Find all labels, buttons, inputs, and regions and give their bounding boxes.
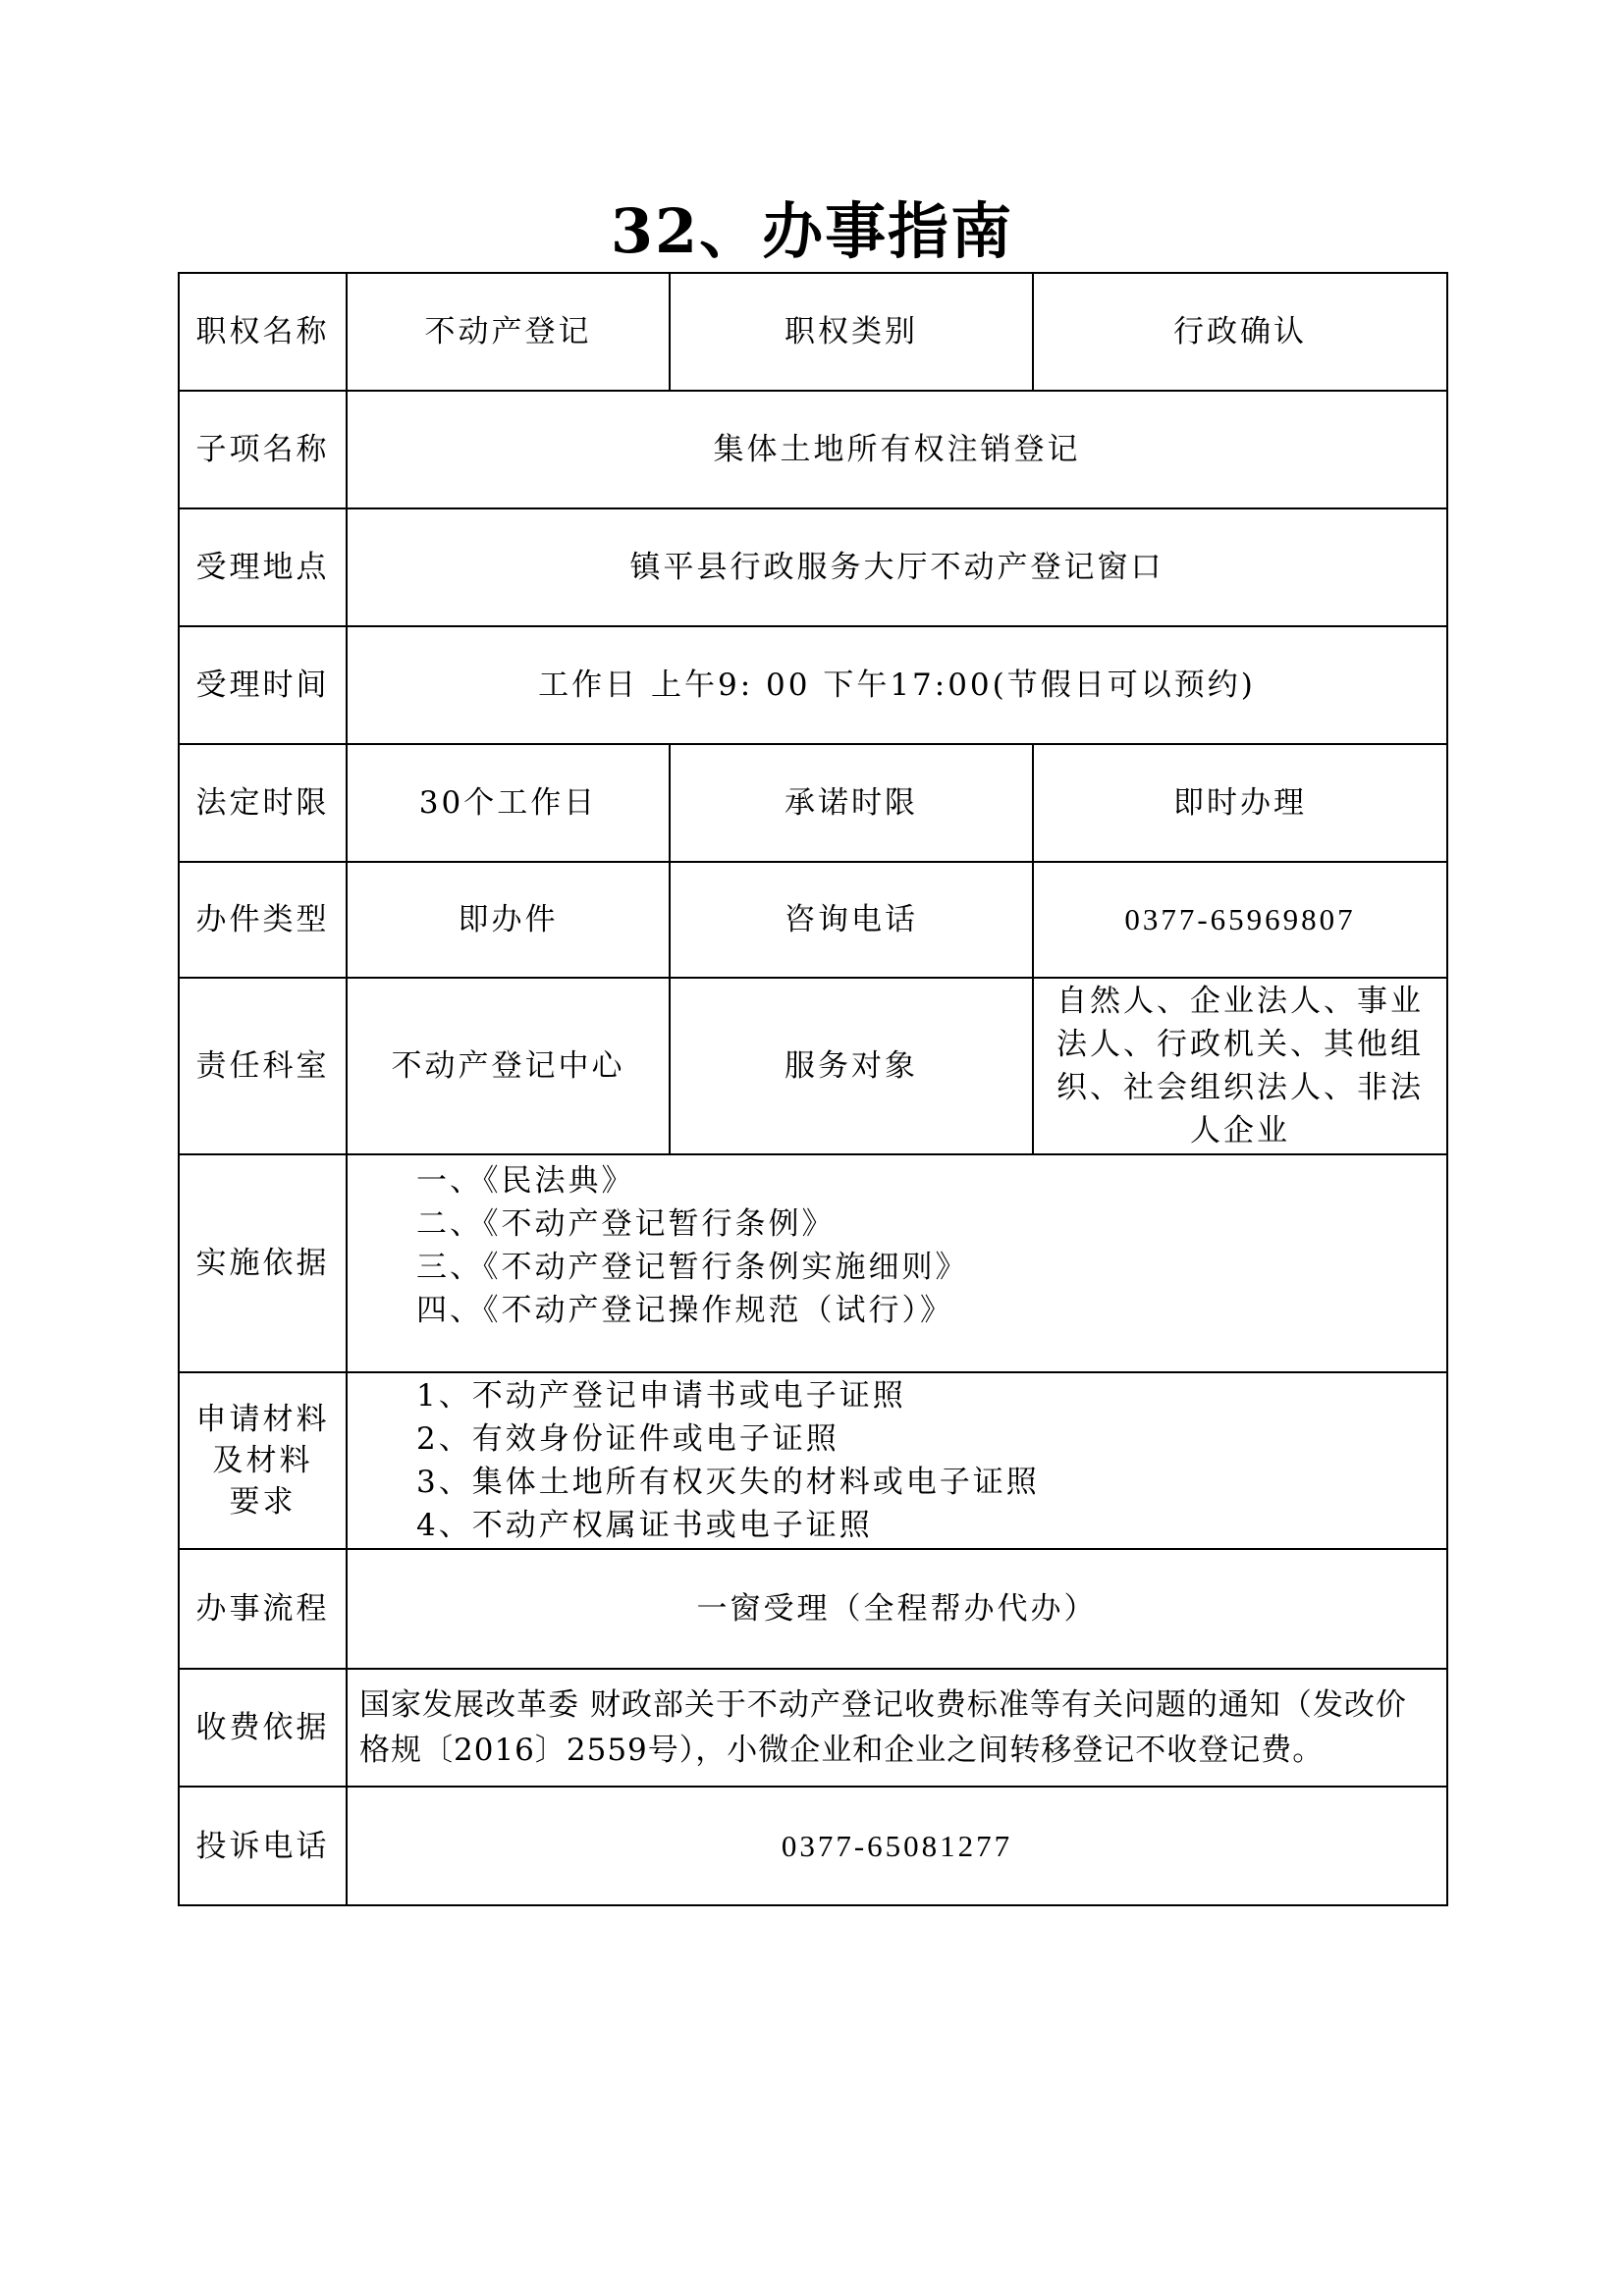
basis-item: 四、《不动产登记操作规范（试行）》 xyxy=(416,1289,1440,1332)
row-process: 办事流程 一窗受理（全程帮办代办） xyxy=(179,1549,1447,1669)
value-case-type: 即办件 xyxy=(347,862,670,978)
row-complaint: 投诉电话 0377-65081277 xyxy=(179,1787,1447,1905)
service-guide-table: 职权名称 不动产登记 职权类别 行政确认 子项名称 集体土地所有权注销登记 受理… xyxy=(178,272,1448,1906)
label-case-type: 办件类型 xyxy=(179,862,347,978)
label-sub-item: 子项名称 xyxy=(179,391,347,508)
row-time-limit: 法定时限 30个工作日 承诺时限 即时办理 xyxy=(179,744,1447,862)
row-department: 责任科室 不动产登记中心 服务对象 自然人、企业法人、事业法人、行政机关、其他组… xyxy=(179,978,1447,1154)
label-consult-phone: 咨询电话 xyxy=(670,862,1033,978)
material-item: 3、集体土地所有权灭失的材料或电子证照 xyxy=(416,1461,1440,1504)
label-complaint-phone: 投诉电话 xyxy=(179,1787,347,1905)
label-line: 及材料 xyxy=(186,1440,340,1481)
label-line: 要求 xyxy=(186,1481,340,1522)
value-location: 镇平县行政服务大厅不动产登记窗口 xyxy=(347,508,1447,626)
label-process: 办事流程 xyxy=(179,1549,347,1669)
basis-item: 一、《民法典》 xyxy=(416,1159,1440,1202)
row-materials: 申请材料 及材料 要求 1、不动产登记申请书或电子证照 2、有效身份证件或电子证… xyxy=(179,1372,1447,1549)
label-basis: 实施依据 xyxy=(179,1154,347,1372)
value-authority-category: 行政确认 xyxy=(1033,273,1447,391)
value-complaint-phone: 0377-65081277 xyxy=(347,1787,1447,1905)
row-fee-basis: 收费依据 国家发展改革委 财政部关于不动产登记收费标准等有关问题的通知（发改价格… xyxy=(179,1669,1447,1787)
basis-list: 一、《民法典》 二、《不动产登记暂行条例》 三、《不动产登记暂行条例实施细则》 … xyxy=(347,1154,1447,1372)
material-item: 4、不动产权属证书或电子证照 xyxy=(416,1504,1440,1547)
value-authority-name: 不动产登记 xyxy=(347,273,670,391)
label-location: 受理地点 xyxy=(179,508,347,626)
value-promised-time-limit: 即时办理 xyxy=(1033,744,1447,862)
value-fee-basis: 国家发展改革委 财政部关于不动产登记收费标准等有关问题的通知（发改价格规〔201… xyxy=(347,1669,1447,1787)
label-service-target: 服务对象 xyxy=(670,978,1033,1154)
label-department: 责任科室 xyxy=(179,978,347,1154)
page-title: 32、办事指南 xyxy=(0,192,1624,271)
basis-item: 二、《不动产登记暂行条例》 xyxy=(416,1202,1440,1246)
label-materials: 申请材料 及材料 要求 xyxy=(179,1372,347,1549)
label-line: 申请材料 xyxy=(186,1399,340,1440)
material-item: 2、有效身份证件或电子证照 xyxy=(416,1417,1440,1461)
value-department: 不动产登记中心 xyxy=(347,978,670,1154)
row-case-type: 办件类型 即办件 咨询电话 0377-65969807 xyxy=(179,862,1447,978)
label-fee-basis: 收费依据 xyxy=(179,1669,347,1787)
value-consult-phone: 0377-65969807 xyxy=(1033,862,1447,978)
materials-list: 1、不动产登记申请书或电子证照 2、有效身份证件或电子证照 3、集体土地所有权灭… xyxy=(347,1372,1447,1549)
value-legal-time-limit: 30个工作日 xyxy=(347,744,670,862)
label-authority-category: 职权类别 xyxy=(670,273,1033,391)
basis-item: 三、《不动产登记暂行条例实施细则》 xyxy=(416,1246,1440,1289)
value-process: 一窗受理（全程帮办代办） xyxy=(347,1549,1447,1669)
value-sub-item: 集体土地所有权注销登记 xyxy=(347,391,1447,508)
value-hours: 工作日 上午9: 00 下午17:00(节假日可以预约) xyxy=(347,626,1447,744)
label-promised-time-limit: 承诺时限 xyxy=(670,744,1033,862)
row-basis: 实施依据 一、《民法典》 二、《不动产登记暂行条例》 三、《不动产登记暂行条例实… xyxy=(179,1154,1447,1372)
row-hours: 受理时间 工作日 上午9: 00 下午17:00(节假日可以预约) xyxy=(179,626,1447,744)
row-sub-item: 子项名称 集体土地所有权注销登记 xyxy=(179,391,1447,508)
label-hours: 受理时间 xyxy=(179,626,347,744)
label-legal-time-limit: 法定时限 xyxy=(179,744,347,862)
value-service-target: 自然人、企业法人、事业法人、行政机关、其他组织、社会组织法人、非法人企业 xyxy=(1033,978,1447,1154)
row-authority-name: 职权名称 不动产登记 职权类别 行政确认 xyxy=(179,273,1447,391)
label-authority-name: 职权名称 xyxy=(179,273,347,391)
material-item: 1、不动产登记申请书或电子证照 xyxy=(416,1374,1440,1417)
row-location: 受理地点 镇平县行政服务大厅不动产登记窗口 xyxy=(179,508,1447,626)
